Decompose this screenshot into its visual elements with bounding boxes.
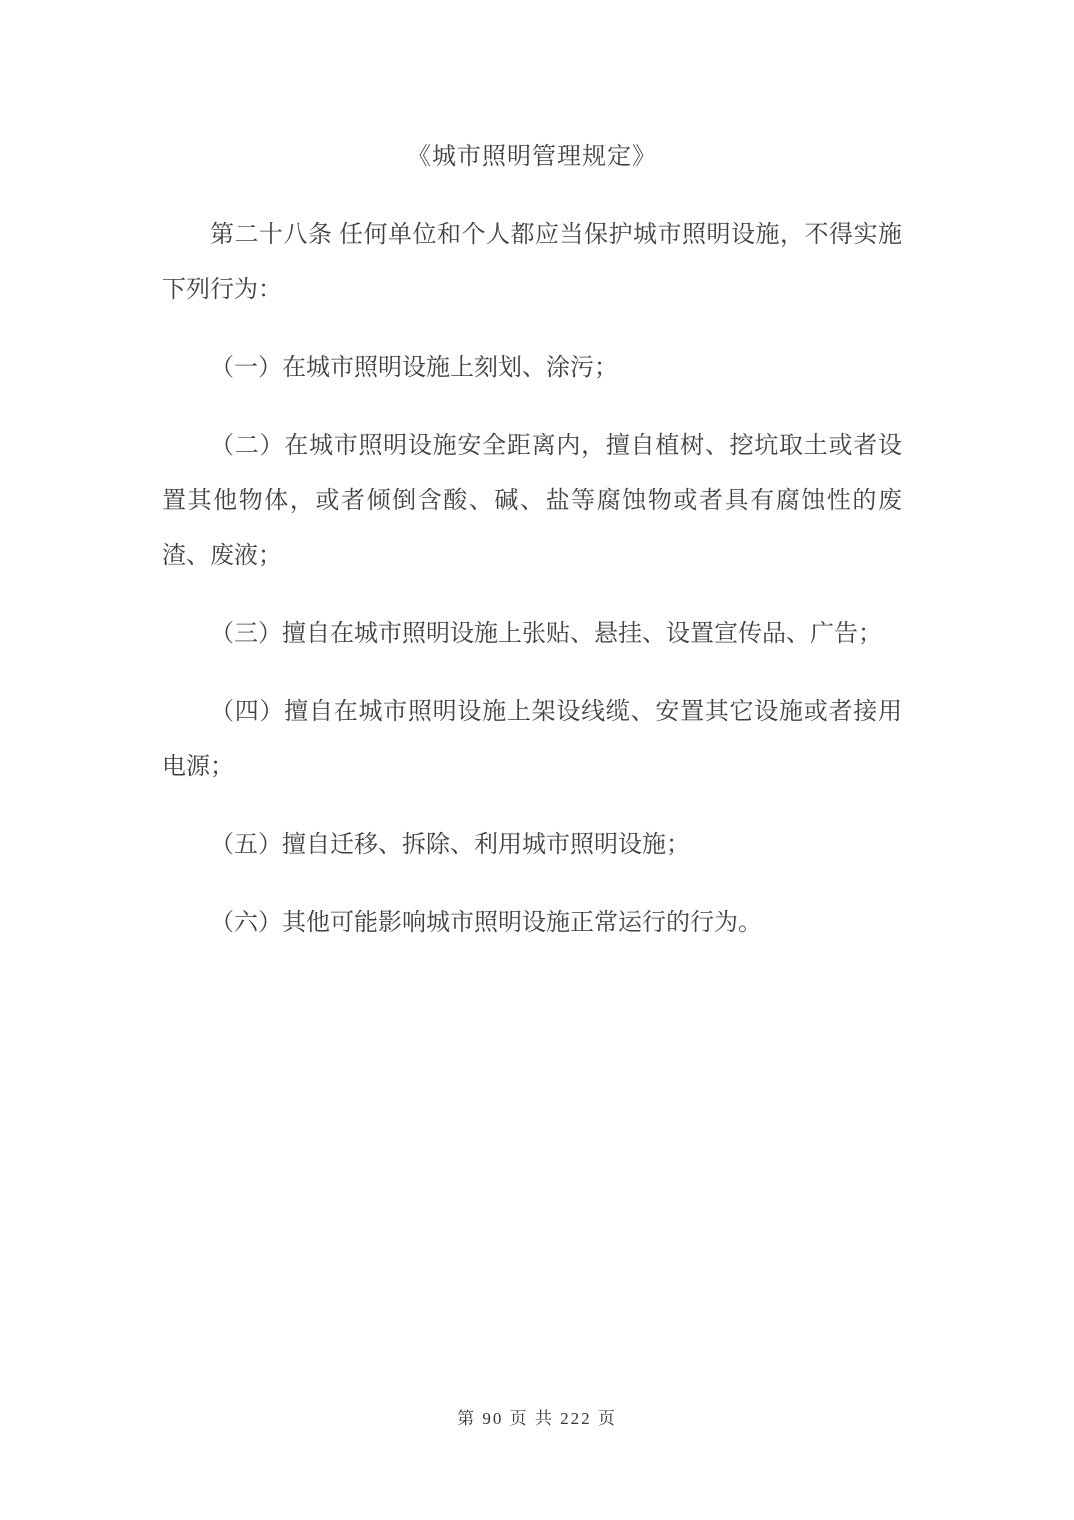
list-item-1: （一）在城市照明设施上刻划、涂污； <box>162 341 902 396</box>
document-page: 《城市照明管理规定》 第二十八条 任何单位和个人都应当保护城市照明设施，不得实施… <box>0 0 1074 1520</box>
page-number-footer: 第 90 页 共 222 页 <box>0 1404 1074 1434</box>
page-title: 《城市照明管理规定》 <box>162 130 902 185</box>
list-item-5: （五）擅自迁移、拆除、利用城市照明设施； <box>162 818 902 873</box>
list-item-4: （四）擅自在城市照明设施上架设线缆、安置其它设施或者接用电源； <box>162 685 902 795</box>
list-item-2: （二）在城市照明设施安全距离内，擅自植树、挖坑取土或者设置其他物体，或者倾倒含酸… <box>162 419 902 584</box>
document-body: 《城市照明管理规定》 第二十八条 任何单位和个人都应当保护城市照明设施，不得实施… <box>162 130 902 974</box>
list-item-3: （三）擅自在城市照明设施上张贴、悬挂、设置宣传品、广告； <box>162 607 902 662</box>
list-item-6: （六）其他可能影响城市照明设施正常运行的行为。 <box>162 896 902 951</box>
article-paragraph: 第二十八条 任何单位和个人都应当保护城市照明设施，不得实施下列行为： <box>162 208 902 318</box>
